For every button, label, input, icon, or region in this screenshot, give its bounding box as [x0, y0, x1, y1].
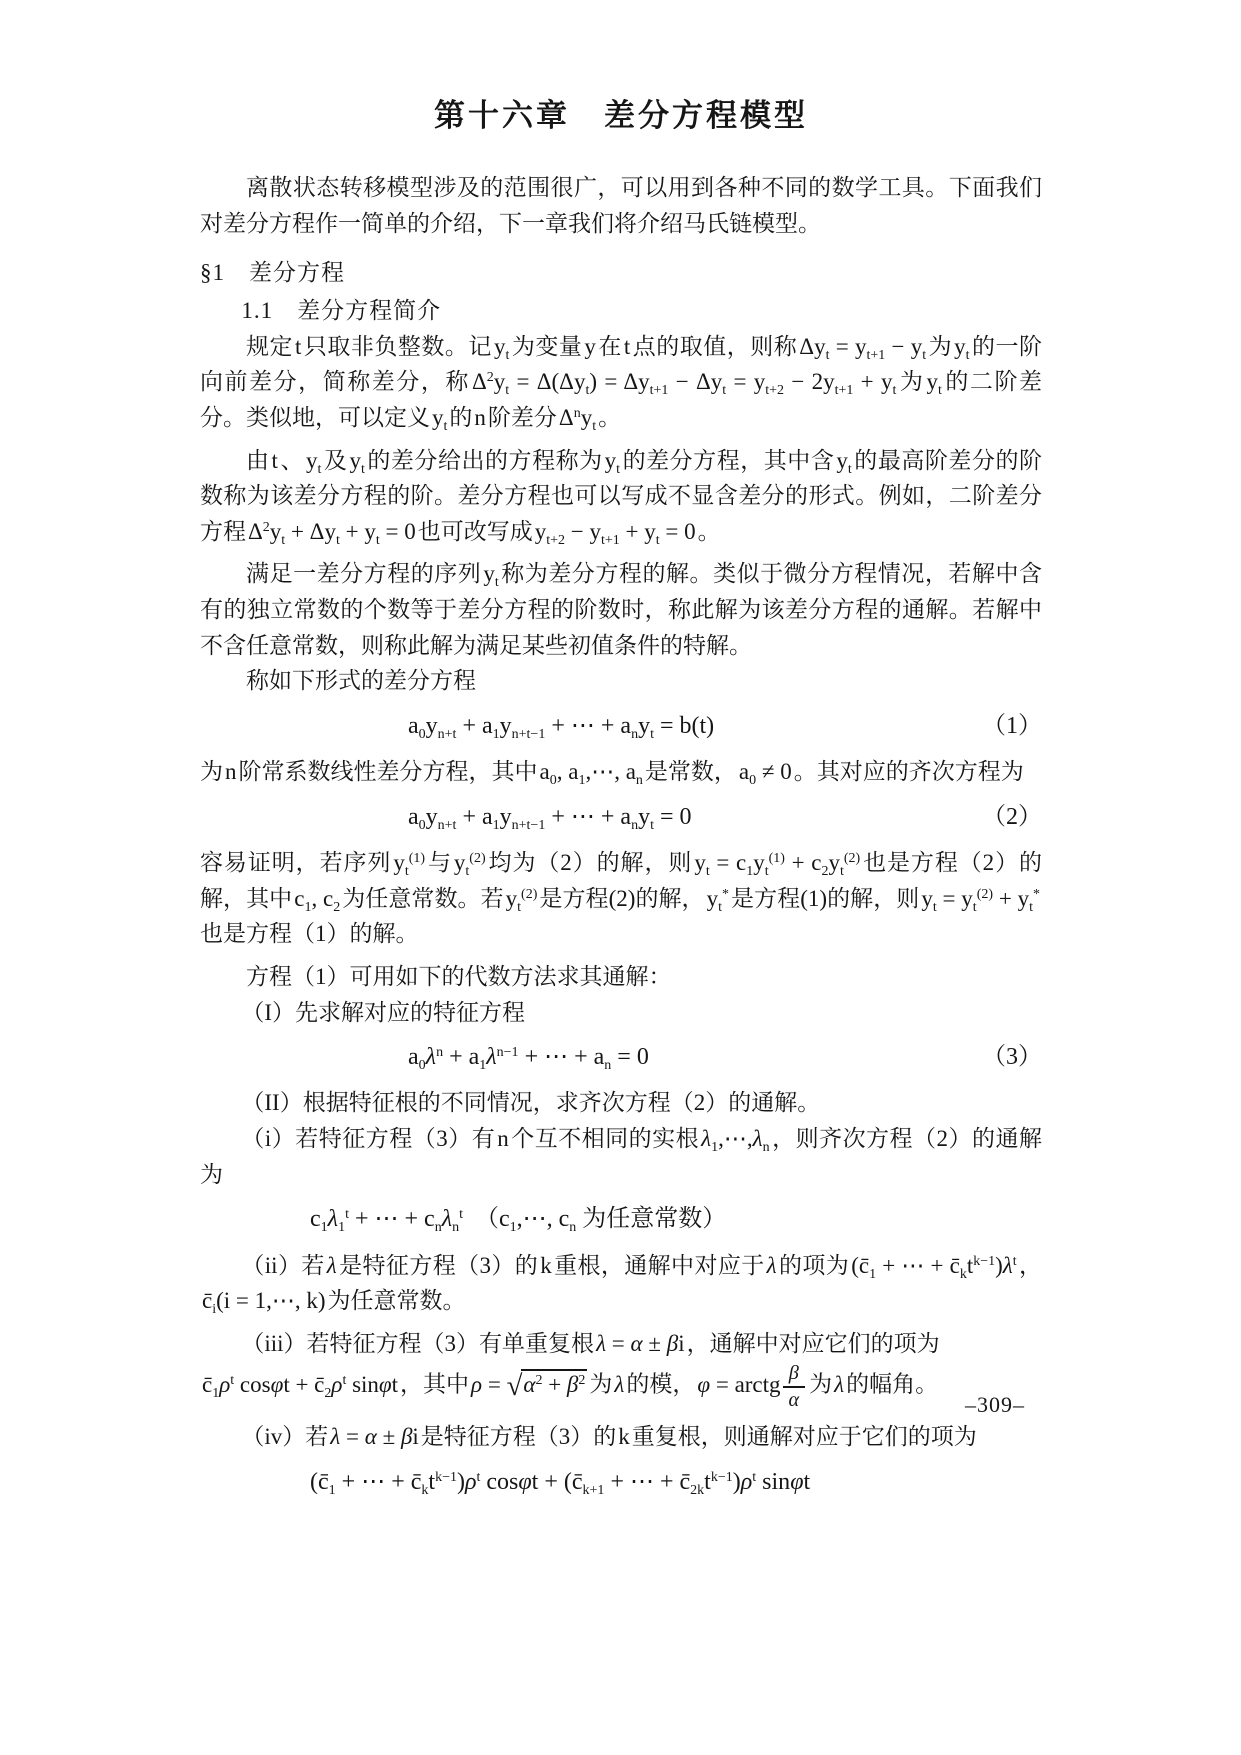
item-II-root-cases: （II）根据特征根的不同情况，求齐次方程（2）的通解。 [200, 1085, 1042, 1121]
equation-1-row: a0yn+t + a1yn+t−1 + ⋯ + anyt = b(t) （1） [200, 708, 1042, 745]
intro-paragraph: 离散状态转移模型涉及的范围很广，可以用到各种不同的数学工具。下面我们对差分方程作… [200, 170, 1042, 241]
repeated-complex-solution-body: (c̄1 + ⋯ + c̄ktk−1)ρt cosφt + (c̄k+1 + ⋯… [310, 1464, 810, 1501]
paragraph-superposition: 容易证明，若序列yt(1)与yt(2)均为（2）的解，则yt = c1yt(1)… [200, 845, 1042, 952]
paragraph-linear-definition: 为n阶常系数线性差分方程，其中a0, a1,⋯, an是常数，a0 ≠ 0。其对… [200, 754, 1042, 790]
paragraph-equation-order: 由t、yt及yt的差分给出的方程称为yt的差分方程，其中含yt的最高阶差分的阶数… [200, 443, 1042, 550]
subsection-heading: 1.1 差分方程简介 [200, 293, 1042, 329]
chapter-title: 第十六章 差分方程模型 [200, 92, 1042, 140]
paragraph-solution-definition: 满足一差分方程的序列yt称为差分方程的解。类似于微分方程情况，若解中含有的独立常… [200, 556, 1042, 663]
equation-2-number: （2） [982, 799, 1042, 836]
item-ii-repeated-root: （ii）若λ是特征方程（3）的k重根，通解中对应于λ的项为(c̄1 + ⋯ + … [200, 1248, 1042, 1319]
item-i-distinct-real-roots: （i）若特征方程（3）有n个互不相同的实根λ1,⋯,λn，则齐次方程（2）的通解… [200, 1121, 1042, 1192]
general-solution-row: c1λ1t + ⋯ + cnλnt （c1,⋯, cn 为任意常数） [200, 1201, 1042, 1238]
general-solution-body: c1λ1t + ⋯ + cnλnt （c1,⋯, cn 为任意常数） [310, 1201, 726, 1238]
document-page: 第十六章 差分方程模型 离散状态转移模型涉及的范围很广，可以用到各种不同的数学工… [0, 0, 1241, 1755]
paragraph-method-intro: 方程（1）可用如下的代数方法求其通解： [200, 959, 1042, 995]
paragraph-difference-definition: 规定t只取非负整数。记yt为变量y在t点的取值，则称Δyt = yt+1 − y… [200, 329, 1042, 436]
paragraph-call-form: 称如下形式的差分方程 [200, 663, 1042, 699]
equation-3-number: （3） [982, 1039, 1042, 1076]
equation-2-row: a0yn+t + a1yn+t−1 + ⋯ + anyt = 0 （2） [200, 799, 1042, 836]
paragraph-complex-formula: c̄1ρt cosφt + c̄2ρt sinφt，其中ρ = √α2 + β2… [200, 1361, 1042, 1412]
equation-1-body: a0yn+t + a1yn+t−1 + ⋯ + anyt = b(t) [408, 708, 714, 745]
page-content: 第十六章 差分方程模型 离散状态转移模型涉及的范围很广，可以用到各种不同的数学工… [200, 92, 1042, 1510]
equation-3-body: a0λn + a1λn−1 + ⋯ + an = 0 [408, 1039, 649, 1076]
item-iii-complex-roots: （iii）若特征方程（3）有单重复根λ = α ± βi，通解中对应它们的项为 [200, 1326, 1042, 1362]
page-number: –309– [965, 1392, 1025, 1418]
equation-3-row: a0λn + a1λn−1 + ⋯ + an = 0 （3） [200, 1039, 1042, 1076]
item-iv-repeated-complex-roots: （iv）若λ = α ± βi是特征方程（3）的k重复根，则通解对应于它们的项为 [200, 1419, 1042, 1455]
item-I-characteristic-equation: （I）先求解对应的特征方程 [200, 995, 1042, 1031]
equation-2-body: a0yn+t + a1yn+t−1 + ⋯ + anyt = 0 [408, 799, 692, 836]
section-heading: §1 差分方程 [200, 255, 1042, 291]
repeated-complex-solution-row: (c̄1 + ⋯ + c̄ktk−1)ρt cosφt + (c̄k+1 + ⋯… [200, 1464, 1042, 1501]
equation-1-number: （1） [982, 708, 1042, 745]
